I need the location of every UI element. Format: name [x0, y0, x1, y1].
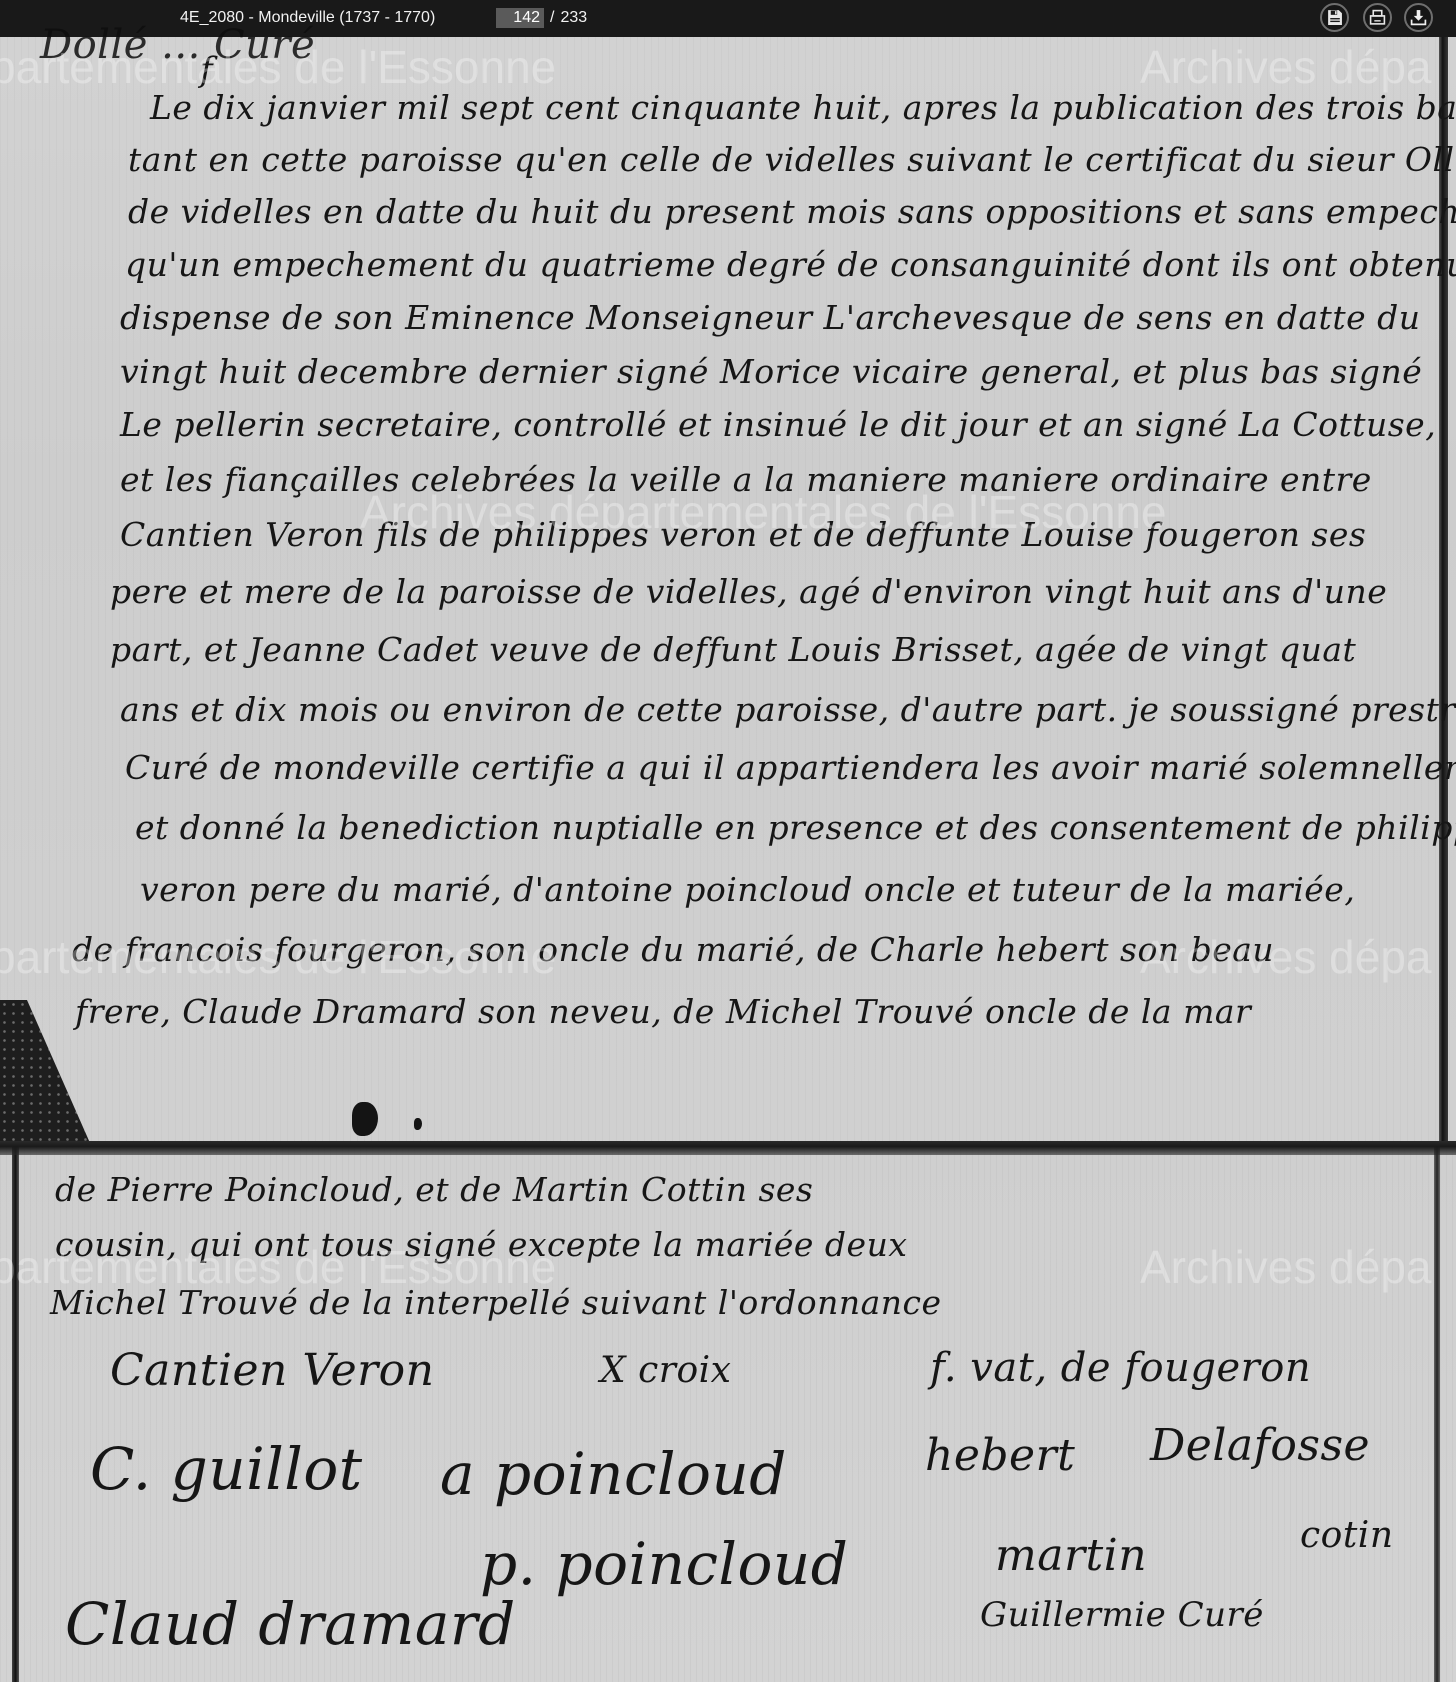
manuscript-line: dispense de son Eminence Monseigneur L'a… [120, 298, 1420, 337]
save-button[interactable] [1320, 3, 1349, 32]
document-viewer[interactable]: Dollé ... Curé f Le dix janvier mil sept… [0, 0, 1456, 1682]
signature: hebert [925, 1430, 1075, 1481]
manuscript-line: et donné la benediction nuptialle en pre… [135, 808, 1456, 847]
manuscript-line: tant en cette paroisse qu'en celle de vi… [128, 140, 1456, 179]
manuscript-line: Michel Trouvé de la interpellé suivant l… [50, 1283, 942, 1322]
manuscript-line: de francois fourgeron, son oncle du mari… [72, 930, 1274, 969]
manuscript-line: Curé de mondeville certifie a qui il app… [125, 748, 1456, 787]
floppy-disk-icon [1326, 9, 1343, 26]
signature: p. poincloud [480, 1530, 848, 1598]
document-title: 4E_2080 - Mondeville (1737 - 1770) [180, 9, 435, 27]
signature: X croix [600, 1350, 731, 1391]
page-seam [0, 1141, 1456, 1155]
manuscript-line: ans et dix mois ou environ de cette paro… [120, 690, 1456, 729]
manuscript-line: de videlles en datte du huit du present … [128, 192, 1456, 231]
signature: a poincloud [440, 1440, 787, 1508]
signature: f. vat, de fougeron [930, 1345, 1311, 1391]
manuscript-line: vingt huit decembre dernier signé Morice… [120, 352, 1422, 391]
manuscript-line: Cantien Veron fils de philippes veron et… [120, 515, 1366, 554]
signature: Delafosse [1150, 1420, 1370, 1471]
page-binding-edge [1434, 1143, 1440, 1682]
manuscript-line: qu'un empechement du quatrieme degré de … [125, 245, 1456, 284]
manuscript-line: pere et mere de la paroisse de videlles,… [110, 572, 1387, 611]
signature: cotin [1300, 1515, 1394, 1556]
viewer-toolbar: 4E_2080 - Mondeville (1737 - 1770) / 233 [0, 0, 1456, 37]
manuscript-line: de Pierre Poincloud, et de Martin Cottin… [55, 1170, 813, 1209]
page-separator: / [550, 9, 554, 27]
manuscript-line: veron pere du marié, d'antoine poincloud… [140, 870, 1355, 909]
manuscript-line: Le dix janvier mil sept cent cinquante h… [150, 88, 1456, 127]
page-binding-edge [12, 1143, 19, 1682]
signature: Cantien Veron [110, 1345, 435, 1396]
manuscript-line: cousin, qui ont tous signé excepte la ma… [55, 1225, 907, 1264]
download-icon [1410, 9, 1427, 26]
printer-icon [1369, 9, 1386, 26]
margin-note: f [200, 50, 213, 90]
manuscript-line: et les fiançailles celebrées la veille a… [120, 460, 1372, 499]
signature: C. guillot [90, 1435, 363, 1503]
total-pages: 233 [560, 9, 587, 27]
signature: martin [995, 1530, 1147, 1581]
manuscript-line: part, et Jeanne Cadet veuve de deffunt L… [110, 630, 1356, 669]
page-number-input[interactable] [496, 8, 544, 28]
manuscript-line: frere, Claude Dramard son neveu, de Mich… [75, 992, 1251, 1031]
manuscript-line: Le pellerin secretaire, controllé et ins… [120, 405, 1436, 444]
signature: Claud dramard [65, 1590, 516, 1658]
signature: Guillermie Curé [980, 1595, 1264, 1635]
download-button[interactable] [1404, 3, 1433, 32]
page-navigator: / 233 [496, 8, 587, 28]
print-button[interactable] [1363, 3, 1392, 32]
